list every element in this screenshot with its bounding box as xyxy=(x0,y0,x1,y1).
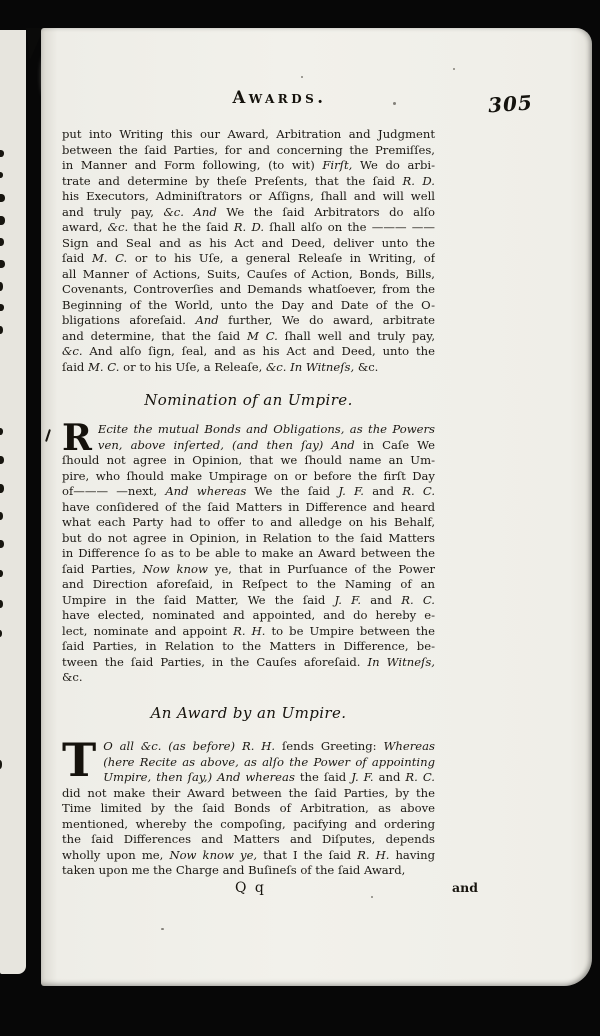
text-line: his Executors, Adminiſtrators or Aſſigns… xyxy=(62,189,435,205)
text-line: ſaid Parties, in Relation to the Matters… xyxy=(62,639,435,655)
catchword: and xyxy=(452,880,478,895)
paragraph-nomination-of-umpire: R Ecite the mutual Bonds and Obligations… xyxy=(62,422,435,686)
bleed-fragment xyxy=(0,484,4,493)
bleed-fragment xyxy=(0,326,3,334)
text-line: tween the ſaid Parties, in the Cauſes af… xyxy=(62,655,435,671)
bleed-fragment xyxy=(0,282,3,291)
text-line: O all &c. (as before) R. H. ſends Greeti… xyxy=(103,739,435,755)
drop-cap-r: R xyxy=(62,423,92,453)
section-heading-award-by-umpire: An Award by an Umpire. xyxy=(62,704,435,722)
text-line: Sign and Seal and as his Act and Deed, d… xyxy=(62,236,435,252)
bleed-fragment xyxy=(0,630,2,637)
bleed-fragment xyxy=(0,428,3,435)
ink-speck xyxy=(161,928,164,930)
stray-ink-mark xyxy=(45,429,51,442)
bleed-fragment xyxy=(0,512,3,520)
text-line: ſaid M. C. or to his Uſe, a Releaſe, &c.… xyxy=(62,360,435,376)
bleed-fragment xyxy=(0,304,4,311)
bleed-fragment xyxy=(0,456,4,464)
text-line: the ſaid Differences and Matters and Diſ… xyxy=(62,832,435,848)
text-line: Ecite the mutual Bonds and Obligations, … xyxy=(98,422,435,438)
text-line: Covenants, Controverſies and Demands wha… xyxy=(62,282,435,298)
text-line: did not make their Award between the ſai… xyxy=(62,786,435,802)
text-line: &c. And alſo ſign, ſeal, and as his Act … xyxy=(62,344,435,360)
text-line: and Direction aforeſaid, in Reſpect to t… xyxy=(62,577,435,593)
bleed-fragment xyxy=(0,600,3,608)
text-line: bligations aforeſaid. And further, We do… xyxy=(62,313,435,329)
text-line: mentioned, whereby the compoſing, pacify… xyxy=(62,817,435,833)
text-line: between the ſaid Parties, for and concer… xyxy=(62,143,435,159)
drop-cap-t: T xyxy=(62,740,96,782)
text-line: ven, above inſerted, (and then ſay) And … xyxy=(98,438,435,454)
text-line: lect, nominate and appoint R. H. to be U… xyxy=(62,624,435,640)
text-line: pire, who ſhould make Umpirage on or bef… xyxy=(62,469,435,485)
page: Awards. 305 put into Writing this our Aw… xyxy=(41,28,592,986)
text-line: wholly upon me, Now know ye, that I the … xyxy=(62,848,435,864)
text-line: ſhould not agree in Opinion, that we ſho… xyxy=(62,453,435,469)
bleed-fragment xyxy=(0,194,5,202)
text-line: in Manner and Form following, (to wit) F… xyxy=(62,158,435,174)
bleed-fragment xyxy=(0,760,2,769)
text-line: and determine, that the ſaid M C. ſhall … xyxy=(62,329,435,345)
text-line: Umpire in the ſaid Matter, We the ſaid J… xyxy=(62,593,435,609)
text-line: Beginning of the World, unto the Day and… xyxy=(62,298,435,314)
bleed-fragment xyxy=(0,150,4,157)
text-line: trate and determine by theſe Preſents, t… xyxy=(62,174,435,190)
ink-speck xyxy=(301,76,303,78)
paragraph-award-by-umpire: T O all &c. (as before) R. H. ſends Gree… xyxy=(62,739,435,879)
text-line: put into Writing this our Award, Arbitra… xyxy=(62,127,435,143)
text-line: what each Party had to offer to and alle… xyxy=(62,515,435,531)
text-line: have elected, nominated and appointed, a… xyxy=(62,608,435,624)
text-line: ſaid M. C. or to his Uſe, a general Rele… xyxy=(62,251,435,267)
text-line: taken upon me the Charge and Buſineſs of… xyxy=(62,863,435,879)
page-number: 305 xyxy=(487,89,559,118)
text-line: all Manner of Actions, Suits, Cauſes of … xyxy=(62,267,435,283)
signature-mark: Q q xyxy=(235,880,266,896)
bleed-fragment xyxy=(0,238,4,246)
ink-speck xyxy=(371,896,373,898)
running-head: Awards. xyxy=(93,88,466,107)
text-line: in Difference ſo as to be able to make a… xyxy=(62,546,435,562)
bleed-fragment xyxy=(0,540,4,548)
text-line: (here Recite as above, as alſo the Power… xyxy=(103,755,435,771)
ink-speck xyxy=(453,68,455,70)
bleed-fragment xyxy=(0,570,3,577)
scanned-book-page: Awards. 305 put into Writing this our Aw… xyxy=(0,0,600,1036)
section-heading-nomination: Nomination of an Umpire. xyxy=(62,391,435,409)
bleed-fragment xyxy=(0,172,3,178)
text-line: Umpire, then ſay,) And whereas the ſaid … xyxy=(103,770,435,786)
bleed-fragment xyxy=(0,216,5,225)
paragraph-award-body: put into Writing this our Award, Arbitra… xyxy=(62,127,435,375)
text-line: ſaid Parties, Now know ye, that in Purſu… xyxy=(62,562,435,578)
ink-speck xyxy=(393,102,396,105)
text-line: &c. xyxy=(62,670,435,686)
text-line: and truly pay, &c. And We the ſaid Arbit… xyxy=(62,205,435,221)
bleed-fragment xyxy=(0,260,5,268)
text-line: have conſidered of the ſaid Matters in D… xyxy=(62,500,435,516)
text-line: of——— —next, And whereas We the ſaid J. … xyxy=(62,484,435,500)
adjacent-page-edge xyxy=(0,30,26,974)
text-line: award, &c. that he the ſaid R. D. ſhall … xyxy=(62,220,435,236)
text-line: but do not agree in Opinion, in Relation… xyxy=(62,531,435,547)
text-line: Time limited by the ſaid Bonds of Arbitr… xyxy=(62,801,435,817)
